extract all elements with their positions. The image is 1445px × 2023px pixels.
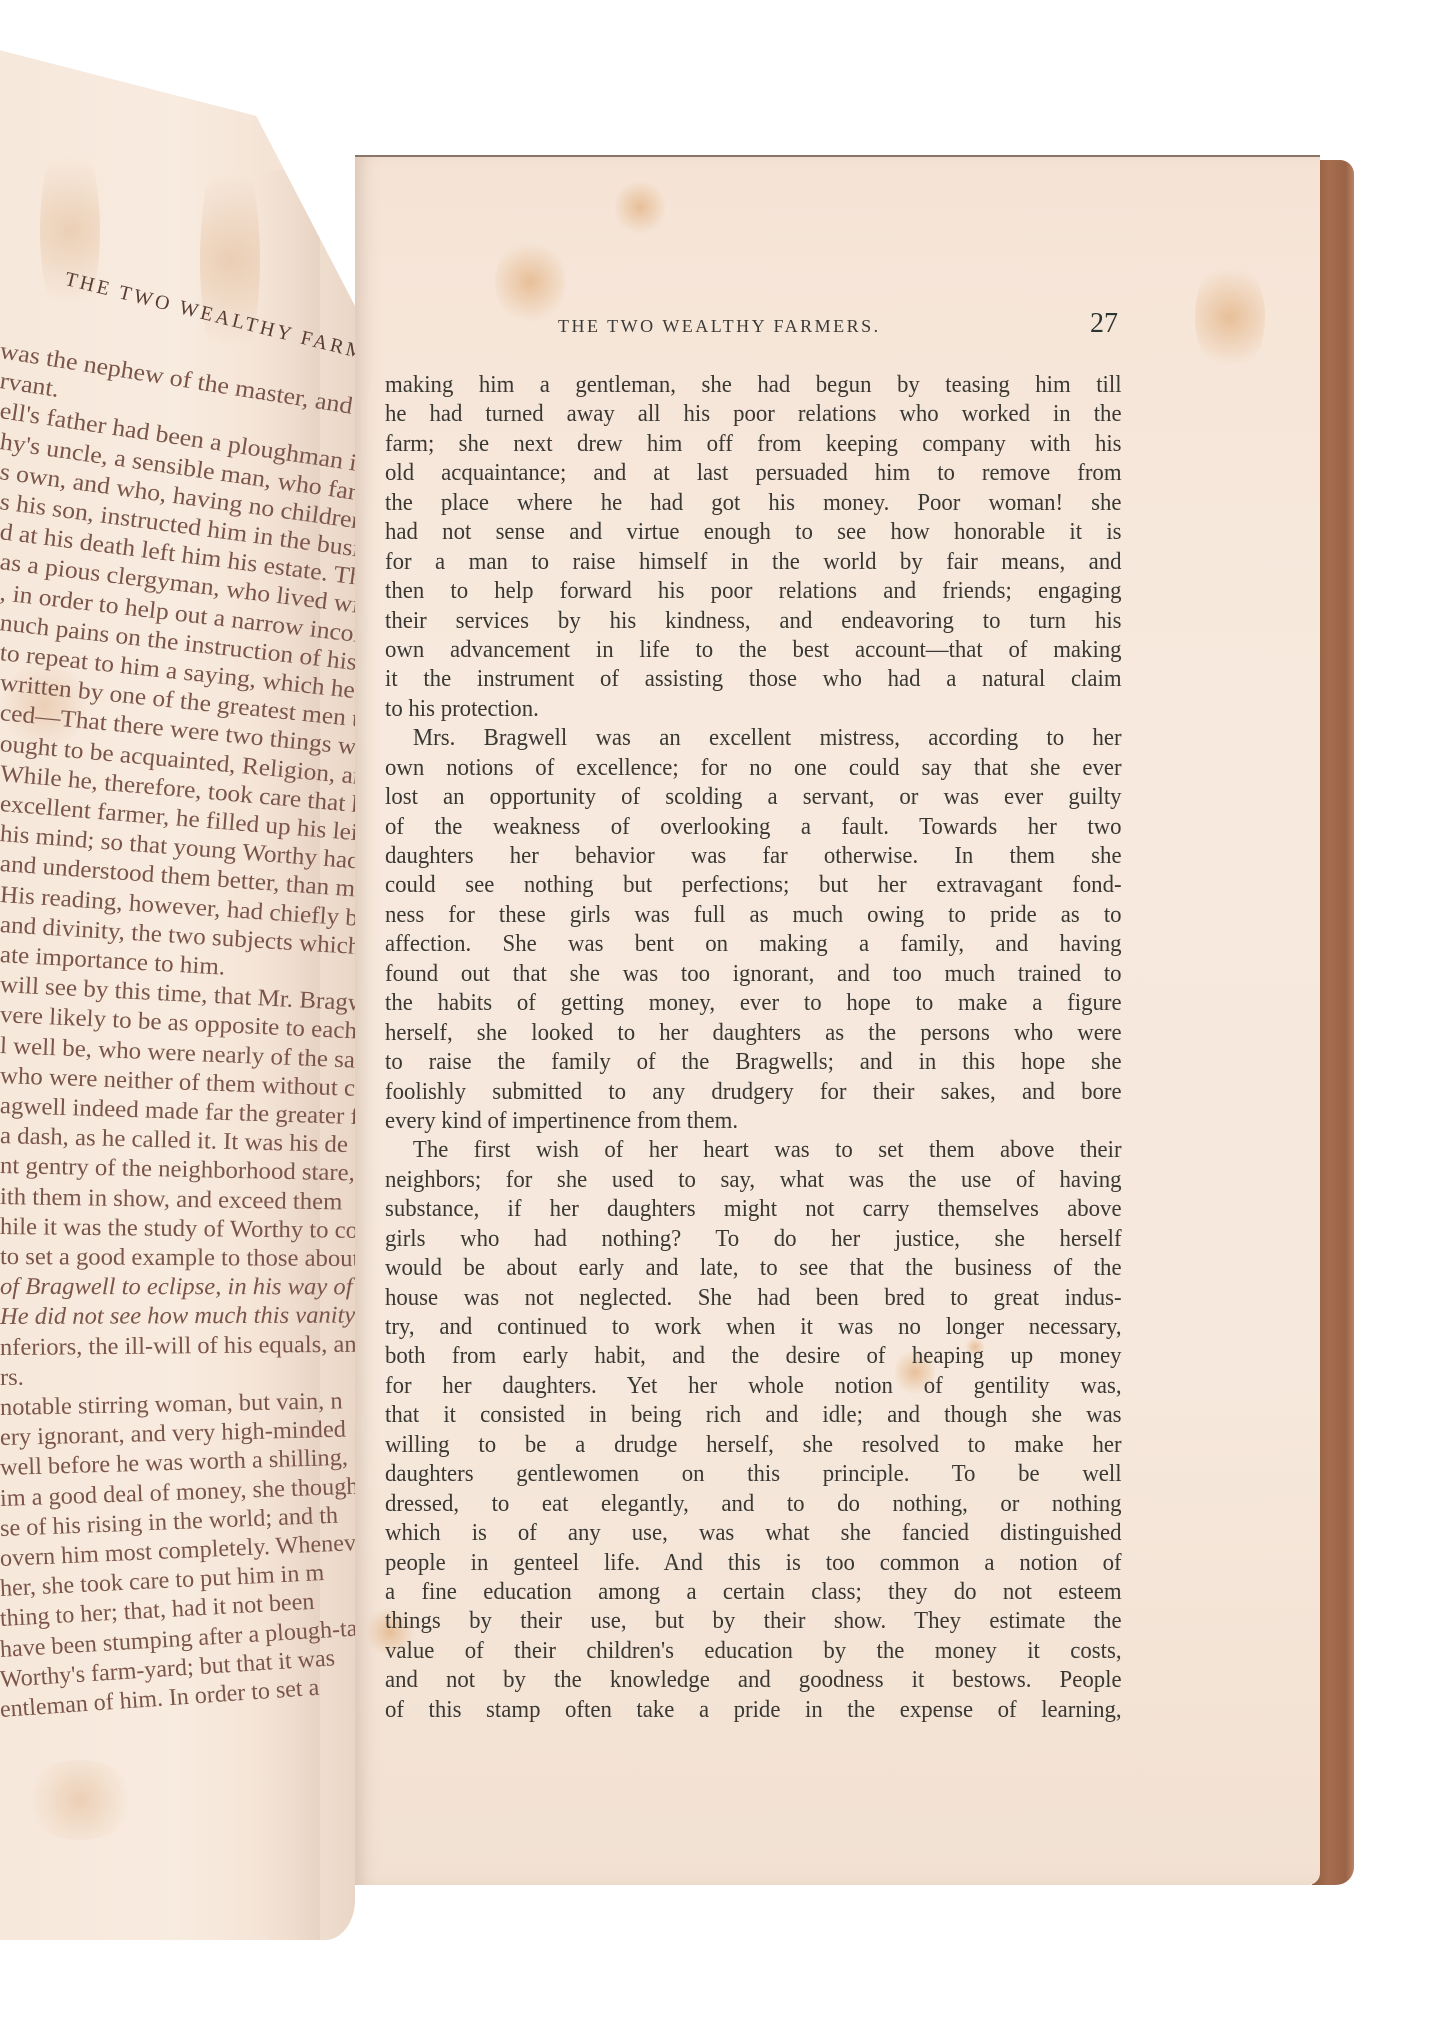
left-text-line: He did not see how much this vanity bbox=[0, 1303, 355, 1331]
text-line: then to help forward his poor relations … bbox=[385, 576, 1122, 605]
text-line: foolishly submitted to any drudgery for … bbox=[385, 1077, 1122, 1106]
text-line: the place where he had got his money. Po… bbox=[385, 488, 1122, 517]
text-line: dressed, to eat elegantly, and to do not… bbox=[385, 1489, 1122, 1518]
text-line: substance, if her daughters might not ca… bbox=[385, 1194, 1122, 1223]
text-line: could see nothing but perfections; but h… bbox=[385, 870, 1122, 899]
text-line: found out that she was too ignorant, and… bbox=[385, 959, 1122, 988]
left-text-line: ith them in show, and exceed them bbox=[0, 1184, 343, 1216]
text-line: The first wish of her heart was to set t… bbox=[385, 1135, 1122, 1164]
foxing-stain bbox=[1195, 257, 1265, 377]
text-line: for a man to raise himself in the world … bbox=[385, 547, 1122, 576]
left-text-line: hile it was the study of Worthy to co bbox=[0, 1214, 355, 1245]
text-line: of this stamp often take a pride in the … bbox=[385, 1695, 1122, 1724]
text-line: making him a gentleman, she had begun by… bbox=[385, 370, 1122, 399]
text-line: Mrs. Bragwell was an excellent mistress,… bbox=[385, 723, 1122, 752]
text-line: for her daughters. Yet her whole notion … bbox=[385, 1371, 1122, 1400]
page-number: 27 bbox=[1090, 308, 1118, 340]
text-line: girls who had nothing? To do her justice… bbox=[385, 1224, 1122, 1253]
text-line: things by their use, but by their show. … bbox=[385, 1606, 1122, 1635]
text-line: neighbors; for she used to say, what was… bbox=[385, 1165, 1122, 1194]
text-line: daughters gentlewomen on this principle.… bbox=[385, 1459, 1122, 1488]
text-line: farm; she next drew him off from keeping… bbox=[385, 429, 1122, 458]
text-line: affection. She was bent on making a fami… bbox=[385, 929, 1122, 958]
text-line: willing to be a drudge herself, she reso… bbox=[385, 1430, 1122, 1459]
text-line: herself, she looked to her daughters as … bbox=[385, 1018, 1122, 1047]
body-text: making him a gentleman, she had begun by… bbox=[385, 370, 1070, 1724]
running-head: THE TWO WEALTHY FARMERS. bbox=[558, 316, 881, 337]
text-line: to his protection. bbox=[385, 694, 1122, 723]
text-line: house was not neglected. She had been br… bbox=[385, 1283, 1122, 1312]
text-line: that it consisted in being rich and idle… bbox=[385, 1400, 1122, 1429]
text-line: and not by the knowledge and goodness it… bbox=[385, 1665, 1122, 1694]
text-line: try, and continued to work when it was n… bbox=[385, 1312, 1122, 1341]
left-page-text: THE TWO WEALTHY FARMERS. was the nephew … bbox=[0, 40, 355, 1940]
text-line: lost an opportunity of scolding a servan… bbox=[385, 782, 1122, 811]
text-line: own advancement in life to the best acco… bbox=[385, 635, 1122, 664]
text-line: would be about early and late, to see th… bbox=[385, 1253, 1122, 1282]
text-line: every kind of impertinence from them. bbox=[385, 1106, 1122, 1135]
text-line: had not sense and virtue enough to see h… bbox=[385, 517, 1122, 546]
foxing-stain bbox=[615, 177, 665, 237]
text-line: own notions of excellence; for no one co… bbox=[385, 753, 1122, 782]
text-line: it the instrument of assisting those who… bbox=[385, 664, 1122, 693]
left-text-line: nferiors, the ill-will of his equals, an… bbox=[0, 1331, 355, 1362]
text-line: of the weakness of overlooking a fault. … bbox=[385, 812, 1122, 841]
left-text-line: of Bragwell to eclipse, in his way of li bbox=[0, 1274, 355, 1301]
text-line: value of their children's education by t… bbox=[385, 1636, 1122, 1665]
left-page: THE TWO WEALTHY FARMERS. was the nephew … bbox=[0, 40, 355, 1940]
left-text-line: to set a good example to those about h bbox=[0, 1244, 355, 1273]
foxing-stain bbox=[495, 237, 565, 327]
text-line: the habits of getting money, ever to hop… bbox=[385, 988, 1122, 1017]
text-line: he had turned away all his poor relation… bbox=[385, 399, 1122, 428]
text-line: old acquaintance; and at last persuaded … bbox=[385, 458, 1122, 487]
text-line: people in genteel life. And this is too … bbox=[385, 1548, 1122, 1577]
text-line: their services by his kindness, and ende… bbox=[385, 606, 1122, 635]
text-line: a fine education among a certain class; … bbox=[385, 1577, 1122, 1606]
text-line: both from early habit, and the desire of… bbox=[385, 1341, 1122, 1370]
text-line: to raise the family of the Bragwells; an… bbox=[385, 1047, 1122, 1076]
left-text-line: rs. bbox=[0, 1364, 24, 1391]
text-line: daughters her behavior was far otherwise… bbox=[385, 841, 1122, 870]
text-line: ness for these girls was full as much ow… bbox=[385, 900, 1122, 929]
left-text-line: nt gentry of the neighborhood stare, a bbox=[0, 1153, 355, 1188]
text-line: which is of any use, was what she fancie… bbox=[385, 1518, 1122, 1547]
